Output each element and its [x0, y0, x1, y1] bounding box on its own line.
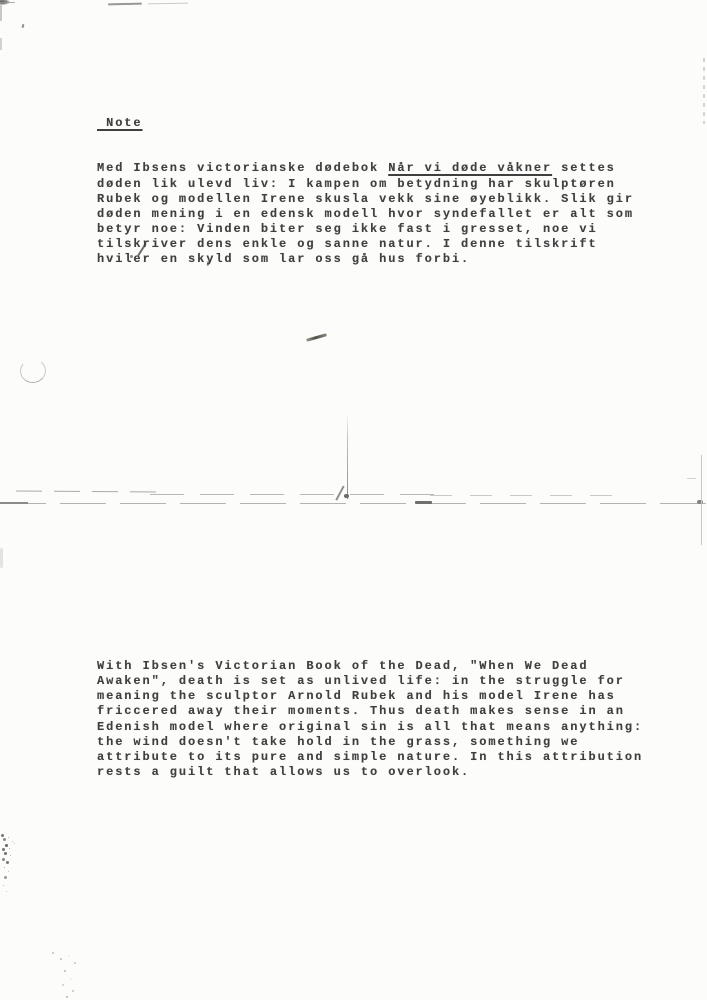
text-line: døden mening i en edensk modell hvor syn… — [97, 207, 634, 222]
text-segment: friccered away their moments. Thus death… — [97, 704, 625, 718]
scanned-document-page: Note Med Ibsens victorianske dødebok Når… — [0, 0, 707, 1000]
text-line: rests a guilt that allows us to overlook… — [97, 765, 643, 780]
fold-crease-line — [150, 494, 440, 495]
text-line: Rubek og modellen Irene skusla vekk sine… — [97, 192, 634, 207]
text-line: the wind doesn't take hold in the grass,… — [97, 735, 643, 750]
fold-vertical-line — [347, 413, 348, 499]
text-line: Med Ibsens victorianske dødebok Når vi d… — [97, 161, 634, 176]
scan-corner-mark — [0, 0, 10, 5]
norwegian-note-block: Note Med Ibsens victorianske dødebok Når… — [97, 86, 634, 297]
text-line: betyr noe: Vinden biter seg ikke fast i … — [97, 222, 634, 237]
english-note-block: With Ibsen's Victorian Book of the Dead,… — [97, 629, 643, 810]
note-title-text: Note — [97, 116, 143, 130]
fold-crease-dark-segment — [415, 501, 432, 504]
text-segment: the wind doesn't take hold in the grass,… — [97, 735, 579, 749]
fold-dark-node — [344, 494, 349, 498]
fold-crease-dark-segment — [0, 502, 28, 504]
text-segment: settes — [552, 161, 616, 175]
text-segment: Rubek og modellen Irene skusla vekk sine… — [97, 192, 634, 206]
scan-top-dash-faint — [148, 2, 188, 4]
text-segment: Awaken", death is set as unlived life: i… — [97, 674, 625, 688]
ink-speckle-cluster-faint — [52, 952, 54, 954]
text-segment: Edenish model where original sin is all … — [97, 720, 643, 734]
scan-right-edge-dots — [703, 58, 705, 124]
underlined-book-title: Når vi døde våkner — [388, 161, 552, 175]
text-line: Edenish model where original sin is all … — [97, 720, 643, 735]
scan-right-edge-line — [701, 455, 702, 545]
ink-speck — [22, 24, 25, 28]
text-segment: meaning the sculptor Arnold Rubek and hi… — [97, 689, 616, 703]
text-segment: With Ibsen's Victorian Book of the Dead,… — [97, 659, 588, 673]
scan-edge-mark — [0, 38, 2, 50]
text-segment: døden mening i en edensk modell hvor syn… — [97, 207, 634, 221]
text-line: døden lik ulevd liv: I kampen om betydni… — [97, 177, 634, 192]
text-segment: rests a guilt that allows us to overlook… — [97, 765, 470, 779]
fold-crease-line — [16, 491, 156, 493]
ink-speckle-cluster — [1, 834, 4, 837]
faint-arc-mark — [19, 358, 47, 385]
ink-smudge — [306, 333, 327, 341]
fold-crease-dark-segment — [697, 500, 703, 504]
norwegian-paragraph: Med Ibsens victorianske dødebok Når vi d… — [97, 161, 634, 267]
text-line: tilskriver dens enkle og sanne natur. I … — [97, 237, 634, 252]
fold-crease-line — [0, 503, 707, 504]
text-segment: døden lik ulevd liv: I kampen om betydni… — [97, 177, 616, 191]
text-line: hviler en skyld som lar oss gå hus forbi… — [97, 252, 634, 267]
text-line: With Ibsen's Victorian Book of the Dead,… — [97, 659, 643, 674]
scan-corner-wisp — [0, 2, 15, 3]
text-line: attribute to its pure and simple nature.… — [97, 750, 643, 765]
text-segment: attribute to its pure and simple nature.… — [97, 750, 643, 764]
fold-crease-line — [430, 495, 630, 496]
english-paragraph: With Ibsen's Victorian Book of the Dead,… — [97, 659, 643, 780]
fold-diagonal-tick — [335, 486, 344, 501]
text-line: meaning the sculptor Arnold Rubek and hi… — [97, 689, 643, 704]
text-segment: hviler en skyld som lar oss gå hus forbi… — [97, 252, 470, 266]
text-segment: tilskriver dens enkle og sanne natur. I … — [97, 237, 598, 251]
text-segment: betyr noe: Vinden biter seg ikke fast i … — [97, 222, 598, 236]
scan-edge-smudge — [0, 548, 3, 568]
scan-faint-dash — [687, 478, 696, 479]
text-line: friccered away their moments. Thus death… — [97, 704, 643, 719]
text-segment: Med Ibsens victorianske dødebok — [97, 161, 388, 175]
note-title: Note — [97, 116, 634, 131]
text-line: Awaken", death is set as unlived life: i… — [97, 674, 643, 689]
scan-edge-streak — [0, 5, 2, 21]
scan-top-dash — [108, 3, 142, 6]
